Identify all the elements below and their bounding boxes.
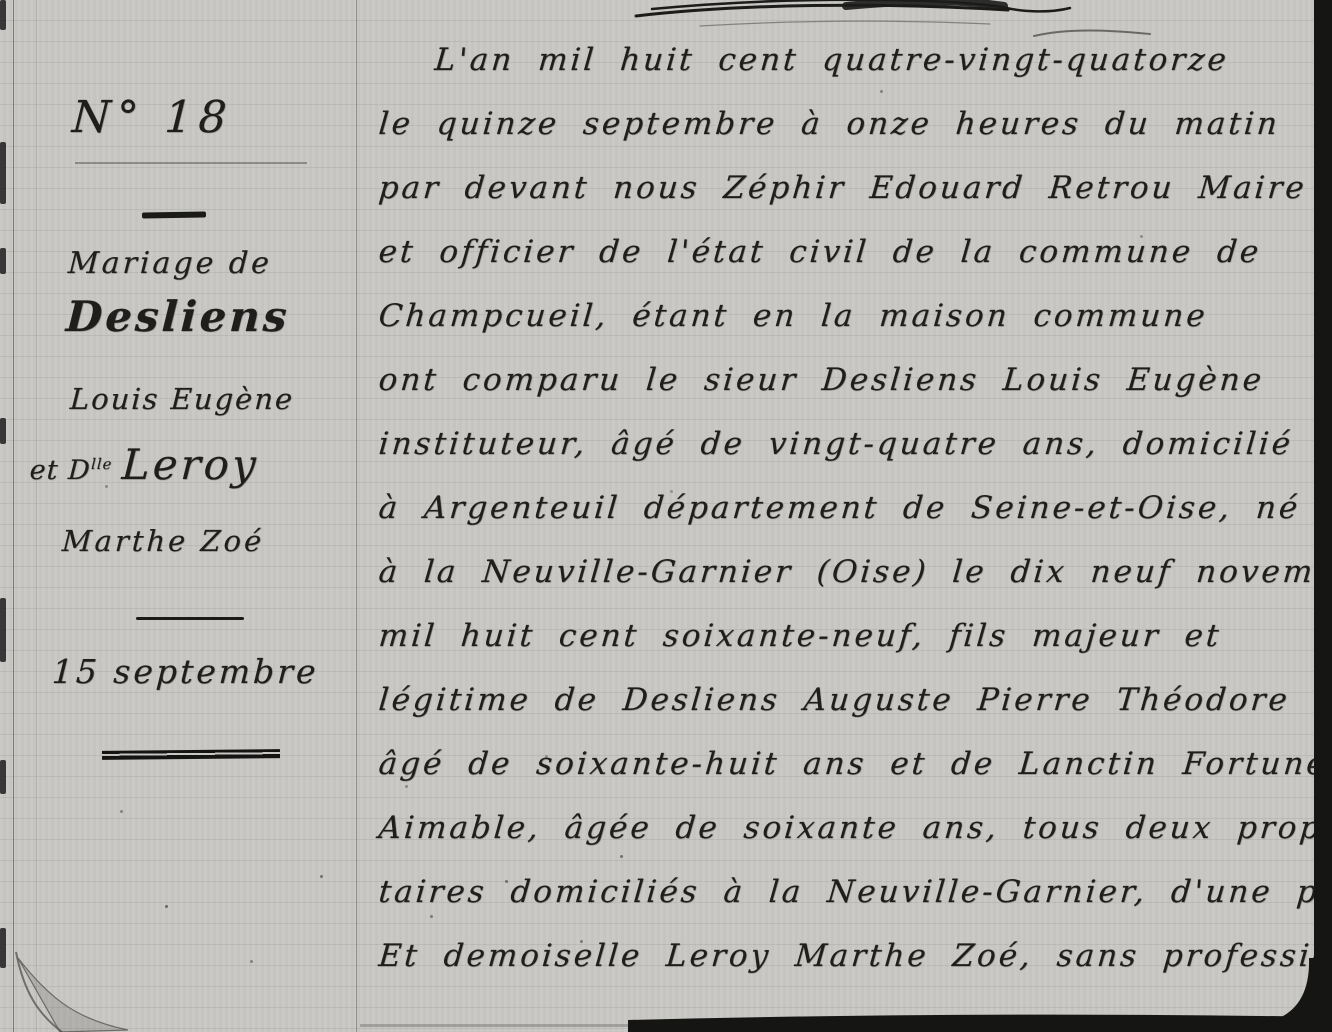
bottom-left-crease — [16, 952, 128, 1032]
act-text-line-14: taires domiciliés à la Neuville-Garnier,… — [360, 860, 1332, 924]
paper-speckles — [165, 905, 168, 908]
act-text-line-12: âgé de soixante-huit ans et de Lanctin F… — [360, 732, 1332, 796]
scan-edge-mark — [0, 928, 6, 968]
act-text-line-4: et officier de l'état civil de la commun… — [360, 220, 1332, 284]
margin-date: 15 septembre — [51, 652, 320, 691]
scan-border-bottom — [628, 1015, 1332, 1032]
act-text-line-2: le quinze septembre à onze heures du mat… — [360, 92, 1332, 156]
margin-bride-prefix-superscript: lle — [91, 455, 113, 473]
entry-number-underline — [75, 162, 307, 164]
margin-end-rule — [102, 749, 280, 760]
margin-bride-name-line: et Dlle Leroy — [29, 440, 260, 489]
act-text-line-1: L'an mil huit cent quatre-vingt-quatorze — [360, 28, 1332, 92]
act-text-line-13: Aimable, âgée de soixante ans, tous deux… — [360, 796, 1332, 860]
entry-number: N° 18 — [71, 92, 234, 143]
margin-groom-surname: Desliens — [65, 292, 291, 341]
page-fold-line — [13, 0, 14, 1032]
scan-edge-mark — [0, 142, 6, 204]
act-text-line-15: Et demoiselle Leroy Marthe Zoé, sans pro… — [360, 924, 1332, 988]
registry-page-scan: N° 18 Mariage de Desliens Louis Eugène e… — [0, 0, 1332, 1032]
act-text-line-5: Champcueil, étant en la maison commune — [360, 284, 1332, 348]
margin-separator-dash — [142, 211, 206, 218]
act-text-line-9: à la Neuville-Garnier (Oise) le dix neuf… — [360, 540, 1332, 604]
margin-record-type: Mariage de — [67, 246, 273, 281]
scan-edge-mark — [0, 418, 6, 444]
margin-bride-given-names: Marthe Zoé — [61, 524, 265, 558]
scan-edge-mark — [0, 760, 6, 794]
scan-border-bottom-faint — [360, 1024, 630, 1027]
act-text-line-11: légitime de Desliens Auguste Pierre Théo… — [360, 668, 1332, 732]
margin-groom-given-names: Louis Eugène — [69, 382, 295, 416]
margin-bride-prefix: et D — [29, 455, 92, 486]
scan-edge-mark — [0, 248, 6, 274]
scan-edge-mark — [0, 598, 6, 662]
scan-edge-mark — [0, 0, 6, 30]
margin-separator-dash — [136, 617, 244, 620]
act-text-line-10: mil huit cent soixante-neuf, fils majeur… — [360, 604, 1332, 668]
act-text-line-8: à Argenteuil département de Seine-et-Ois… — [360, 476, 1332, 540]
column-divider-line — [356, 0, 357, 1032]
margin-bride-surname: Leroy — [121, 440, 260, 489]
act-text-line-6: ont comparu le sieur Desliens Louis Eugè… — [360, 348, 1332, 412]
act-text-line-7: instituteur, âgé de vingt-quatre ans, do… — [360, 412, 1332, 476]
page-fold-line-secondary — [36, 0, 37, 1032]
act-text-line-3: par devant nous Zéphir Edouard Retrou Ma… — [360, 156, 1332, 220]
act-text-column: L'an mil huit cent quatre-vingt-quatorze… — [360, 28, 1332, 1008]
